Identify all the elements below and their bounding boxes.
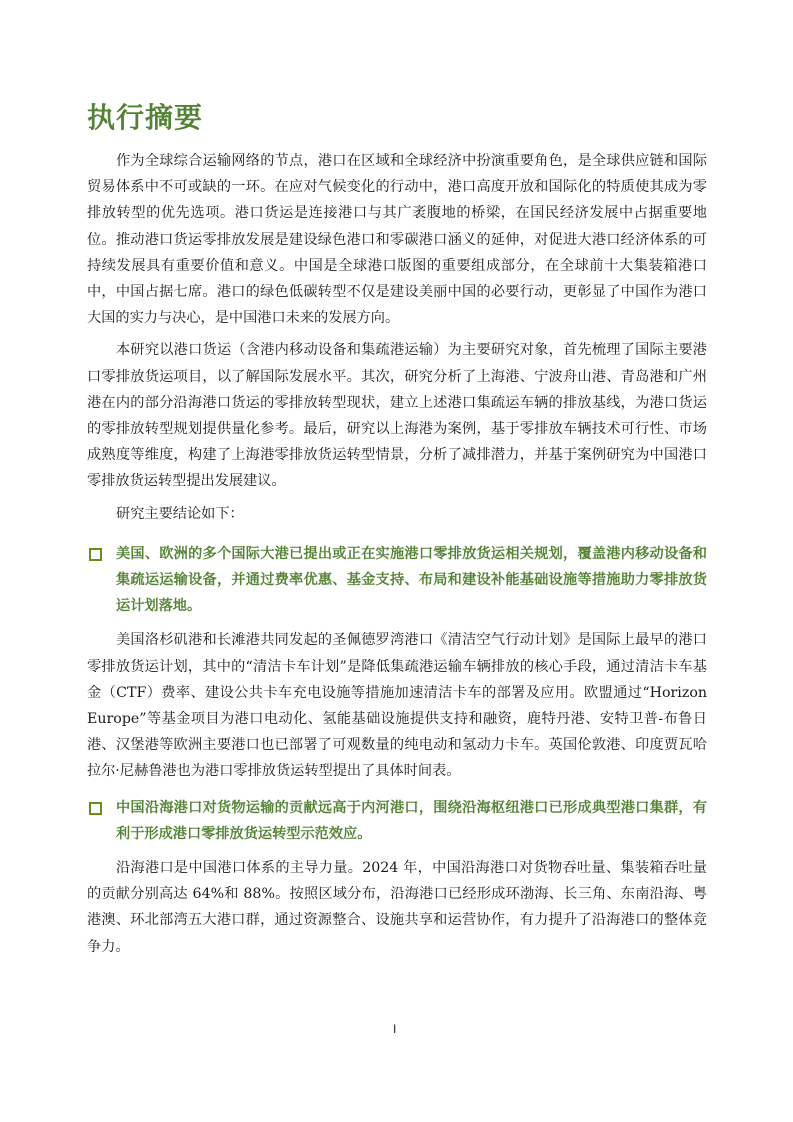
page-content: 作为全球综合运输网络的节点，港口在区域和全球经济中扮演重要角色，是全球供应链和国… bbox=[87, 148, 707, 966]
page-number: I bbox=[393, 1022, 396, 1036]
finding-2: 中国沿海港口对货物运输的贡献远高于内河港口，围绕沿海枢纽港口已形成典型港口集群，… bbox=[87, 795, 707, 847]
finding-body: 沿海港口是中国港口体系的主导力量。2024 年，中国沿海港口对货物吞吐量、集装箱… bbox=[87, 855, 707, 960]
hollow-square-bullet-icon bbox=[89, 802, 102, 815]
intro-paragraph-2: 本研究以港口货运（含港内移动设备和集疏港运输）为主要研究对象，首先梳理了国际主要… bbox=[87, 337, 707, 494]
finding-heading: 美国、欧洲的多个国际大港已提出或正在实施港口零排放货运相关规划，覆盖港内移动设备… bbox=[116, 541, 707, 620]
finding-heading: 中国沿海港口对货物运输的贡献远高于内河港口，围绕沿海枢纽港口已形成典型港口集群，… bbox=[116, 795, 707, 847]
page-title: 执行摘要 bbox=[87, 96, 203, 136]
conclusions-lead: 研究主要结论如下： bbox=[87, 501, 707, 527]
finding-1: 美国、欧洲的多个国际大港已提出或正在实施港口零排放货运相关规划，覆盖港内移动设备… bbox=[87, 541, 707, 620]
intro-paragraph-1: 作为全球综合运输网络的节点，港口在区域和全球经济中扮演重要角色，是全球供应链和国… bbox=[87, 148, 707, 331]
hollow-square-bullet-icon bbox=[89, 548, 102, 561]
document-page: 执行摘要 作为全球综合运输网络的节点，港口在区域和全球经济中扮演重要角色，是全球… bbox=[0, 0, 793, 1122]
finding-body: 美国洛杉矶港和长滩港共同发起的圣佩德罗湾港口《清洁空气行动计划》是国际上最早的港… bbox=[87, 627, 707, 784]
